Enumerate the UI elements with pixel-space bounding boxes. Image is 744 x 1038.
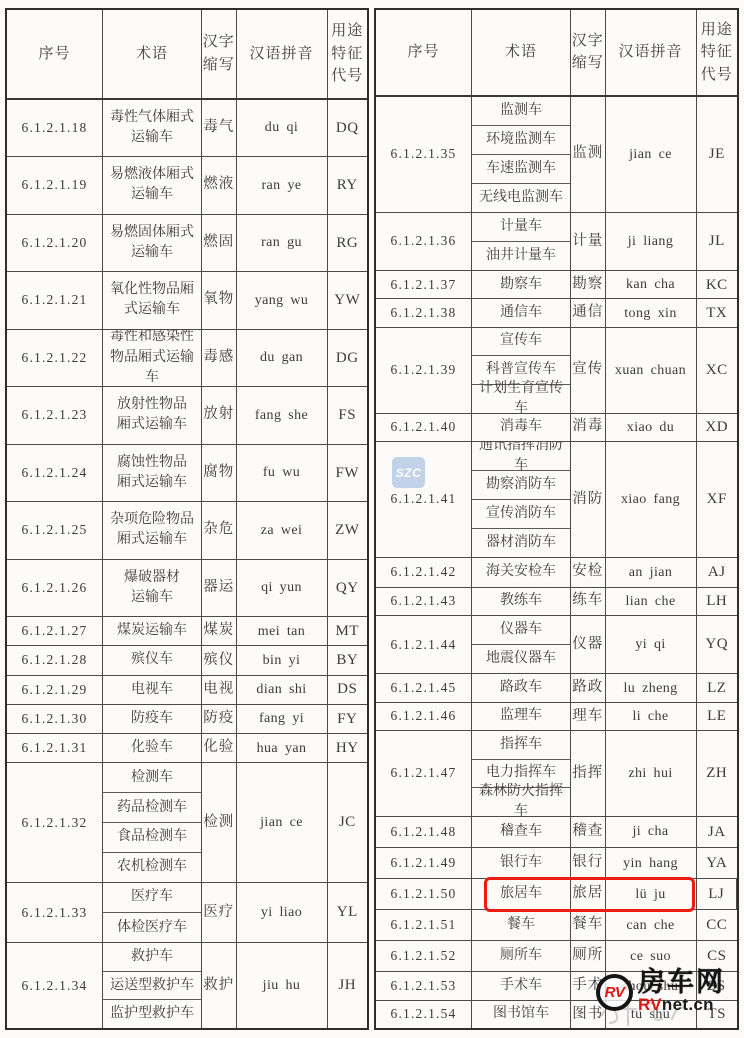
- table-row: 6.1.2.1.30防疫车防疫fang yiFY: [7, 705, 367, 734]
- table-row: 6.1.2.1.49银行车银行yin hangYA: [376, 848, 737, 879]
- pinyin-cell: yi qi: [606, 616, 697, 673]
- table-row: 6.1.2.1.20易燃固体厢式 运输车燃固ran guRG: [7, 215, 367, 273]
- table-row: 6.1.2.1.25杂项危险物品 厢式运输车杂危za weiZW: [7, 502, 367, 560]
- term-subcell: 体检医疗车: [103, 913, 201, 942]
- term-subcell: 通信车: [472, 299, 570, 326]
- document-page: 序号术语汉字 缩写汉语拼音用途 特征 代号6.1.2.1.18毒性气体厢式 运输…: [0, 0, 744, 1038]
- pinyin-cell: kan cha: [606, 271, 697, 298]
- seq-cell: 6.1.2.1.22: [7, 330, 103, 387]
- pinyin-cell: xuan chuan: [606, 328, 697, 413]
- table-row: 6.1.2.1.32检测车药品检测车食品检测车农机检测车检测jian ceJC: [7, 763, 367, 883]
- term-subcell: 化验车: [103, 734, 201, 762]
- pinyin-cell: an jian: [606, 558, 697, 587]
- code-cell: LE: [697, 703, 738, 730]
- seq-cell: 6.1.2.1.29: [7, 676, 103, 704]
- term-cell: 易燃固体厢式 运输车: [103, 215, 202, 272]
- column-header-pinyin: 汉语拼音: [237, 10, 328, 98]
- table-row: 6.1.2.1.19易燃液体厢式 运输车燃液ran yeRY: [7, 157, 367, 215]
- column-header-term: 术语: [472, 10, 571, 95]
- seq-cell: 6.1.2.1.36: [376, 213, 472, 270]
- pinyin-cell: yin hang: [606, 848, 697, 878]
- term-cell: 银行车: [472, 848, 571, 878]
- term-subcell: 车速监测车: [472, 155, 570, 184]
- seq-cell: 6.1.2.1.26: [7, 560, 103, 617]
- term-subcell: 油井计量车: [472, 242, 570, 270]
- term-subcell: 宣传车: [472, 328, 570, 357]
- pinyin-cell: bin yi: [237, 646, 328, 674]
- term-cell: 通信车: [472, 299, 571, 326]
- abbr-cell: 燃固: [202, 215, 237, 272]
- term-subcell: 监测车: [472, 97, 570, 126]
- classification-table-right: 序号术语汉字 缩写汉语拼音用途 特征 代号6.1.2.1.35监测车环境监测车车…: [374, 8, 739, 1030]
- pinyin-cell: du gan: [237, 330, 328, 387]
- term-subcell: 医疗车: [103, 883, 201, 913]
- code-cell: DG: [328, 330, 368, 387]
- seq-cell: 6.1.2.1.44: [376, 616, 472, 673]
- column-header-seq: 序号: [376, 10, 472, 95]
- term-subcell: 救护车: [103, 943, 201, 972]
- seq-cell: 6.1.2.1.25: [7, 502, 103, 559]
- code-cell: JL: [697, 213, 738, 270]
- seq-cell: 6.1.2.1.42: [376, 558, 472, 587]
- term-subcell: 殡仪车: [103, 646, 201, 674]
- table-row: 6.1.2.1.18毒性气体厢式 运输车毒气du qiDQ: [7, 100, 367, 158]
- term-cell: 监测车环境监测车车速监测车无线电监测车: [472, 97, 571, 212]
- term-subcell: 监理车: [472, 703, 570, 730]
- seq-cell: 6.1.2.1.50: [376, 879, 472, 909]
- term-subcell: 腐蚀性物品 厢式运输车: [103, 445, 201, 502]
- code-cell: XC: [697, 328, 738, 413]
- abbr-cell: 消毒: [571, 414, 606, 441]
- column-header-code: 用途 特征 代号: [328, 10, 368, 98]
- table-row: 6.1.2.1.47指挥车电力指挥车森林防火指挥车指挥zhi huiZH: [376, 731, 737, 817]
- seq-cell: 6.1.2.1.34: [7, 943, 103, 1028]
- code-cell: YL: [328, 883, 368, 942]
- szc-watermark-label: SZC: [396, 466, 422, 480]
- abbr-cell: 旅居: [571, 879, 606, 909]
- term-subcell: 环境监测车: [472, 126, 570, 155]
- seq-cell: 6.1.2.1.48: [376, 817, 472, 847]
- term-cell: 教练车: [472, 588, 571, 615]
- pinyin-cell: yang wu: [237, 272, 328, 329]
- code-cell: LZ: [697, 674, 738, 701]
- term-subcell: 检测车: [103, 763, 201, 793]
- pinyin-cell: fu wu: [237, 445, 328, 502]
- term-cell: 旅居车: [472, 879, 571, 909]
- table-row: 6.1.2.1.50旅居车旅居lü juLJ: [376, 879, 737, 910]
- term-subcell: 监护型救护车: [103, 1000, 201, 1028]
- term-subcell: 地震仪器车: [472, 645, 570, 673]
- pinyin-cell: jian ce: [606, 97, 697, 212]
- abbr-cell: 练车: [571, 588, 606, 615]
- abbr-cell: 殡仪: [202, 646, 237, 674]
- term-subcell: 器材消防车: [472, 529, 570, 557]
- seq-cell: 6.1.2.1.37: [376, 271, 472, 298]
- pinyin-cell: ji liang: [606, 213, 697, 270]
- pinyin-cell: ran ye: [237, 157, 328, 214]
- table-row: 6.1.2.1.24腐蚀性物品 厢式运输车腐物fu wuFW: [7, 445, 367, 503]
- pinyin-cell: du qi: [237, 100, 328, 157]
- pinyin-cell: jian ce: [237, 763, 328, 882]
- term-subcell: 通讯指挥消防车: [472, 442, 570, 471]
- abbr-cell: 宣传: [571, 328, 606, 413]
- term-cell: 指挥车电力指挥车森林防火指挥车: [472, 731, 571, 816]
- term-cell: 仪器车地震仪器车: [472, 616, 571, 673]
- term-cell: 海关安检车: [472, 558, 571, 587]
- classification-table-left: 序号术语汉字 缩写汉语拼音用途 特征 代号6.1.2.1.18毒性气体厢式 运输…: [5, 8, 369, 1030]
- table-row: 6.1.2.1.45路政车路政lu zhengLZ: [376, 674, 737, 702]
- term-cell: 煤炭运输车: [103, 617, 202, 645]
- pinyin-cell: lü ju: [606, 879, 697, 909]
- term-subcell: 计量车: [472, 213, 570, 242]
- code-cell: FW: [328, 445, 368, 502]
- code-cell: TX: [697, 299, 738, 326]
- table-row: 6.1.2.1.34救护车运送型救护车监护型救护车救护jiu huJH: [7, 943, 367, 1028]
- term-subcell: 厕所车: [472, 941, 570, 971]
- term-subcell: 易燃固体厢式 运输车: [103, 215, 201, 272]
- seq-cell: 6.1.2.1.35: [376, 97, 472, 212]
- seq-cell: 6.1.2.1.19: [7, 157, 103, 214]
- pinyin-cell: lian che: [606, 588, 697, 615]
- header-row: 序号术语汉字 缩写汉语拼音用途 特征 代号: [7, 10, 367, 100]
- abbr-cell: 计量: [571, 213, 606, 270]
- seq-cell: 6.1.2.1.40: [376, 414, 472, 441]
- abbr-cell: 监测: [571, 97, 606, 212]
- abbr-cell: 消防: [571, 442, 606, 557]
- code-cell: XF: [697, 442, 738, 557]
- code-cell: FY: [328, 705, 368, 733]
- seq-cell: 6.1.2.1.27: [7, 617, 103, 645]
- table-row: 6.1.2.1.33医疗车体检医疗车医疗yi liaoYL: [7, 883, 367, 943]
- column-header-abbr: 汉字 缩写: [571, 10, 606, 95]
- abbr-cell: 仪器: [571, 616, 606, 673]
- code-cell: JH: [328, 943, 368, 1028]
- term-subcell: 勘察消防车: [472, 471, 570, 500]
- term-subcell: 电视车: [103, 676, 201, 704]
- seq-cell: 6.1.2.1.38: [376, 299, 472, 326]
- table-row: 6.1.2.1.26爆破器材 运输车器运qi yunQY: [7, 560, 367, 618]
- table-row: 6.1.2.1.51餐车餐车can cheCC: [376, 910, 737, 941]
- term-cell: 宣传车科普宣传车计划生育宣传车: [472, 328, 571, 413]
- term-subcell: 仪器车: [472, 616, 570, 645]
- term-cell: 通讯指挥消防车勘察消防车宣传消防车器材消防车: [472, 442, 571, 557]
- abbr-cell: 餐车: [571, 910, 606, 940]
- pinyin-cell: can che: [606, 910, 697, 940]
- seq-cell: 6.1.2.1.51: [376, 910, 472, 940]
- rv-logo-text-block: 房车网 RVnet.cn: [638, 968, 725, 1014]
- term-subcell: 宣传消防车: [472, 500, 570, 529]
- seq-cell: 6.1.2.1.31: [7, 734, 103, 762]
- abbr-cell: 勘察: [571, 271, 606, 298]
- rv-logo-watermark: RV 房车网 RVnet.cn: [596, 968, 725, 1014]
- term-subcell: 图书馆车: [472, 1001, 570, 1028]
- seq-cell: 6.1.2.1.39: [376, 328, 472, 413]
- table-row: 6.1.2.1.23放射性物品 厢式运输车放射fang sheFS: [7, 387, 367, 445]
- code-cell: JE: [697, 97, 738, 212]
- abbr-cell: 安检: [571, 558, 606, 587]
- seq-cell: 6.1.2.1.21: [7, 272, 103, 329]
- seq-cell: 6.1.2.1.28: [7, 646, 103, 674]
- term-cell: 厕所车: [472, 941, 571, 971]
- term-subcell: 海关安检车: [472, 558, 570, 587]
- seq-cell: 6.1.2.1.23: [7, 387, 103, 444]
- rv-site-name: 房车网: [638, 968, 725, 996]
- code-cell: AJ: [697, 558, 738, 587]
- term-subcell: 路政车: [472, 674, 570, 701]
- column-header-seq: 序号: [7, 10, 103, 98]
- abbr-cell: 厕所: [571, 941, 606, 971]
- code-cell: JC: [328, 763, 368, 882]
- abbr-cell: 毒气: [202, 100, 237, 157]
- pinyin-cell: ji cha: [606, 817, 697, 847]
- table-row: 6.1.2.1.21氧化性物品厢 式运输车氧物yang wuYW: [7, 272, 367, 330]
- term-cell: 腐蚀性物品 厢式运输车: [103, 445, 202, 502]
- abbr-cell: 检测: [202, 763, 237, 882]
- rv-url-suffix: net.cn: [662, 995, 714, 1014]
- term-cell: 氧化性物品厢 式运输车: [103, 272, 202, 329]
- term-subcell: 计划生育宣传车: [472, 385, 570, 413]
- code-cell: LH: [697, 588, 738, 615]
- column-header-code: 用途 特征 代号: [697, 10, 738, 95]
- term-cell: 放射性物品 厢式运输车: [103, 387, 202, 444]
- code-cell: RG: [328, 215, 368, 272]
- seq-cell: 6.1.2.1.43: [376, 588, 472, 615]
- abbr-cell: 器运: [202, 560, 237, 617]
- term-cell: 杂项危险物品 厢式运输车: [103, 502, 202, 559]
- abbr-cell: 银行: [571, 848, 606, 878]
- term-subcell: 爆破器材 运输车: [103, 560, 201, 617]
- term-cell: 勘察车: [472, 271, 571, 298]
- seq-cell: 6.1.2.1.53: [376, 972, 472, 999]
- term-cell: 易燃液体厢式 运输车: [103, 157, 202, 214]
- term-cell: 毒性和感染性 物品厢式运输车: [103, 330, 202, 387]
- term-cell: 稽查车: [472, 817, 571, 847]
- code-cell: DS: [328, 676, 368, 704]
- table-row: 6.1.2.1.48稽查车稽查ji chaJA: [376, 817, 737, 848]
- seq-cell: 6.1.2.1.24: [7, 445, 103, 502]
- term-subcell: 银行车: [472, 848, 570, 878]
- code-cell: RY: [328, 157, 368, 214]
- pinyin-cell: li che: [606, 703, 697, 730]
- abbr-cell: 指挥: [571, 731, 606, 816]
- term-subcell: 农机检测车: [103, 853, 201, 882]
- code-cell: ZH: [697, 731, 738, 816]
- abbr-cell: 通信: [571, 299, 606, 326]
- table-row: 6.1.2.1.42海关安检车安检an jianAJ: [376, 558, 737, 588]
- term-cell: 监理车: [472, 703, 571, 730]
- table-row: 6.1.2.1.29电视车电视dian shiDS: [7, 676, 367, 705]
- term-cell: 爆破器材 运输车: [103, 560, 202, 617]
- pinyin-cell: yi liao: [237, 883, 328, 942]
- term-cell: 检测车药品检测车食品检测车农机检测车: [103, 763, 202, 882]
- term-cell: 殡仪车: [103, 646, 202, 674]
- header-row: 序号术语汉字 缩写汉语拼音用途 特征 代号: [376, 10, 737, 97]
- term-subcell: 旅居车: [472, 879, 570, 909]
- seq-cell: 6.1.2.1.54: [376, 1001, 472, 1028]
- term-subcell: 食品检测车: [103, 823, 201, 853]
- abbr-cell: 杂危: [202, 502, 237, 559]
- seq-cell: 6.1.2.1.49: [376, 848, 472, 878]
- pinyin-cell: hua yan: [237, 734, 328, 762]
- term-subcell: 指挥车: [472, 731, 570, 760]
- rv-site-url: RVnet.cn: [638, 996, 714, 1014]
- abbr-cell: 路政: [571, 674, 606, 701]
- pinyin-cell: jiu hu: [237, 943, 328, 1028]
- column-header-abbr: 汉字 缩写: [202, 10, 237, 98]
- column-header-term: 术语: [103, 10, 202, 98]
- code-cell: QY: [328, 560, 368, 617]
- code-cell: XD: [697, 414, 738, 441]
- term-subcell: 稽查车: [472, 817, 570, 847]
- term-subcell: 防疫车: [103, 705, 201, 733]
- abbr-cell: 稽查: [571, 817, 606, 847]
- table-row: 6.1.2.1.38通信车通信tong xinTX: [376, 299, 737, 327]
- term-cell: 医疗车体检医疗车: [103, 883, 202, 942]
- table-row: 6.1.2.1.31化验车化验hua yanHY: [7, 734, 367, 763]
- seq-cell: 6.1.2.1.30: [7, 705, 103, 733]
- code-cell: DQ: [328, 100, 368, 157]
- term-subcell: 杂项危险物品 厢式运输车: [103, 502, 201, 559]
- abbr-cell: 防疫: [202, 705, 237, 733]
- term-subcell: 放射性物品 厢式运输车: [103, 387, 201, 444]
- abbr-cell: 电视: [202, 676, 237, 704]
- term-subcell: 消毒车: [472, 414, 570, 441]
- abbr-cell: 腐物: [202, 445, 237, 502]
- rv-circle-icon: RV: [596, 974, 633, 1011]
- term-subcell: 药品检测车: [103, 793, 201, 823]
- abbr-cell: 氧物: [202, 272, 237, 329]
- term-subcell: 毒性和感染性 物品厢式运输车: [103, 330, 201, 387]
- pinyin-cell: zhi hui: [606, 731, 697, 816]
- term-subcell: 森林防火指挥车: [472, 788, 570, 816]
- table-row: 6.1.2.1.41通讯指挥消防车勘察消防车宣传消防车器材消防车消防xiao f…: [376, 442, 737, 558]
- term-cell: 计量车油井计量车: [472, 213, 571, 270]
- seq-cell: 6.1.2.1.46: [376, 703, 472, 730]
- abbr-cell: 化验: [202, 734, 237, 762]
- abbr-cell: 医疗: [202, 883, 237, 942]
- table-row: 6.1.2.1.37勘察车勘察kan chaKC: [376, 271, 737, 299]
- table-row: 6.1.2.1.28殡仪车殡仪bin yiBY: [7, 646, 367, 675]
- pinyin-cell: dian shi: [237, 676, 328, 704]
- pinyin-cell: tong xin: [606, 299, 697, 326]
- pinyin-cell: ran gu: [237, 215, 328, 272]
- term-subcell: 手术车: [472, 972, 570, 999]
- table-row: 6.1.2.1.36计量车油井计量车计量ji liangJL: [376, 213, 737, 271]
- abbr-cell: 毒感: [202, 330, 237, 387]
- term-cell: 毒性气体厢式 运输车: [103, 100, 202, 157]
- term-subcell: 教练车: [472, 588, 570, 615]
- code-cell: KC: [697, 271, 738, 298]
- code-cell: HY: [328, 734, 368, 762]
- code-cell: YW: [328, 272, 368, 329]
- code-cell: BY: [328, 646, 368, 674]
- abbr-cell: 放射: [202, 387, 237, 444]
- table-row: 6.1.2.1.35监测车环境监测车车速监测车无线电监测车监测jian ceJE: [376, 97, 737, 213]
- term-subcell: 勘察车: [472, 271, 570, 298]
- seq-cell: 6.1.2.1.20: [7, 215, 103, 272]
- code-cell: JA: [697, 817, 738, 847]
- term-cell: 防疫车: [103, 705, 202, 733]
- seq-cell: 6.1.2.1.33: [7, 883, 103, 942]
- table-row: 6.1.2.1.39宣传车科普宣传车计划生育宣传车宣传xuan chuanXC: [376, 328, 737, 414]
- szc-watermark: SZC: [392, 457, 425, 488]
- pinyin-cell: xiao fang: [606, 442, 697, 557]
- term-cell: 化验车: [103, 734, 202, 762]
- code-cell: YQ: [697, 616, 738, 673]
- term-subcell: 易燃液体厢式 运输车: [103, 157, 201, 214]
- seq-cell: 6.1.2.1.47: [376, 731, 472, 816]
- term-cell: 手术车: [472, 972, 571, 999]
- table-row: 6.1.2.1.46监理车理车li cheLE: [376, 703, 737, 731]
- term-subcell: 餐车: [472, 910, 570, 940]
- abbr-cell: 救护: [202, 943, 237, 1028]
- abbr-cell: 理车: [571, 703, 606, 730]
- term-cell: 救护车运送型救护车监护型救护车: [103, 943, 202, 1028]
- pinyin-cell: fang she: [237, 387, 328, 444]
- pinyin-cell: mei tan: [237, 617, 328, 645]
- abbr-cell: 煤炭: [202, 617, 237, 645]
- term-cell: 图书馆车: [472, 1001, 571, 1028]
- pinyin-cell: xiao du: [606, 414, 697, 441]
- code-cell: CC: [697, 910, 738, 940]
- rv-url-prefix: RV: [638, 995, 662, 1014]
- table-row: 6.1.2.1.44仪器车地震仪器车仪器yi qiYQ: [376, 616, 737, 674]
- pinyin-cell: fang yi: [237, 705, 328, 733]
- table-row: 6.1.2.1.40消毒车消毒xiao duXD: [376, 414, 737, 442]
- term-cell: 电视车: [103, 676, 202, 704]
- pinyin-cell: qi yun: [237, 560, 328, 617]
- code-cell: FS: [328, 387, 368, 444]
- term-cell: 餐车: [472, 910, 571, 940]
- term-subcell: 氧化性物品厢 式运输车: [103, 272, 201, 329]
- table-row: 6.1.2.1.27煤炭运输车煤炭mei tanMT: [7, 617, 367, 646]
- code-cell: LJ: [697, 879, 738, 909]
- column-header-pinyin: 汉语拼音: [606, 10, 697, 95]
- code-cell: MT: [328, 617, 368, 645]
- term-cell: 消毒车: [472, 414, 571, 441]
- seq-cell: 6.1.2.1.52: [376, 941, 472, 971]
- seq-cell: 6.1.2.1.45: [376, 674, 472, 701]
- term-subcell: 毒性气体厢式 运输车: [103, 100, 201, 157]
- table-row: 6.1.2.1.22毒性和感染性 物品厢式运输车毒感du ganDG: [7, 330, 367, 388]
- term-subcell: 运送型救护车: [103, 972, 201, 1001]
- seq-cell: 6.1.2.1.18: [7, 100, 103, 157]
- term-cell: 路政车: [472, 674, 571, 701]
- code-cell: ZW: [328, 502, 368, 559]
- term-subcell: 煤炭运输车: [103, 617, 201, 645]
- code-cell: YA: [697, 848, 738, 878]
- seq-cell: 6.1.2.1.32: [7, 763, 103, 882]
- pinyin-cell: za wei: [237, 502, 328, 559]
- pinyin-cell: lu zheng: [606, 674, 697, 701]
- abbr-cell: 燃液: [202, 157, 237, 214]
- rv-circle-label: RV: [605, 984, 625, 1001]
- term-subcell: 无线电监测车: [472, 184, 570, 212]
- table-row: 6.1.2.1.43教练车练车lian cheLH: [376, 588, 737, 616]
